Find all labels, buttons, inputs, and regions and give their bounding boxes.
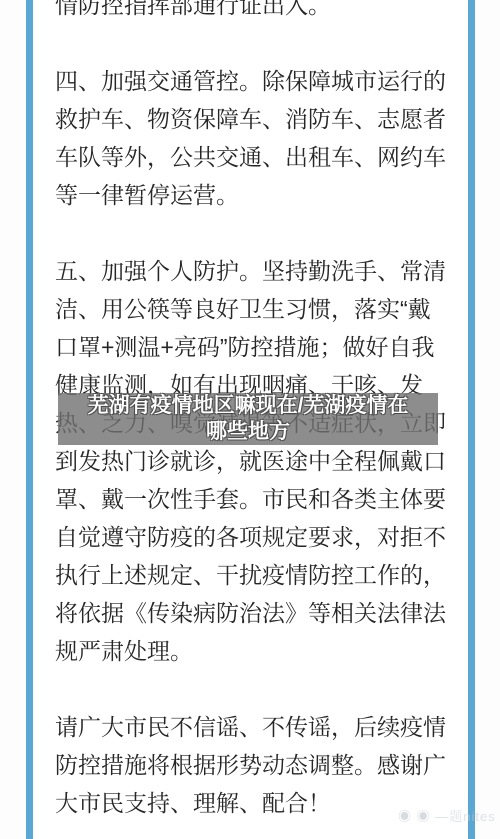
paragraph: 四、加强交通管控。除保障城市运行的救护车、物资保障车、消防车、志愿者车队等外，公… <box>55 62 450 214</box>
paragraph: 请广大市民不信谣、不传谣，后续疫情防控措施将根据形势动态调整。感谢广大市民支持、… <box>55 708 450 822</box>
text-line: 口罩+测温+亮码”防控措施；做好自我 <box>55 328 450 366</box>
text-line: 自觉遵守防疫的各项规定要求，对拒不 <box>55 518 450 556</box>
text-line: 洁、用公筷等良好卫生习惯，落实“戴 <box>55 290 450 328</box>
text-line: 五、加强个人防护。坚持勤洗手、常清 <box>55 252 450 290</box>
watermark-icons: ◉ ◉ <box>398 809 431 824</box>
text-line: 规严肃处理。 <box>55 632 450 670</box>
text-line: 请广大市民不信谣、不传谣，后续疫情 <box>55 708 450 746</box>
text-line: 大市民支持、理解、配合！ <box>55 784 450 822</box>
card-right-border <box>468 0 475 839</box>
text-line: 情防控指挥部通行证出入。 <box>55 0 450 24</box>
page: 情防控指挥部通行证出入。四、加强交通管控。除保障城市运行的救护车、物资保障车、消… <box>0 0 500 839</box>
paragraph: 五、加强个人防护。坚持勤洗手、常清洁、用公筷等良好卫生习惯，落实“戴口罩+测温+… <box>55 252 450 670</box>
text-line: 车队等外，公共交通、出租车、网约车 <box>55 138 450 176</box>
text-line: 罩、戴一次性手套。市民和各类主体要 <box>55 480 450 518</box>
watermark: ◉ ◉ —题nites <box>398 806 496 825</box>
text-line: 将依据《传染病防治法》等相关法律法 <box>55 594 450 632</box>
text-line: 四、加强交通管控。除保障城市运行的 <box>55 62 450 100</box>
text-line: 到发热门诊就诊，就医途中全程佩戴口 <box>55 442 450 480</box>
title-overlay: 芜湖有疫情地区嘛现在/芜湖疫情在 哪些地方 <box>58 393 438 445</box>
overlay-title-line2: 哪些地方 <box>206 419 290 445</box>
paragraph: 情防控指挥部通行证出入。 <box>55 0 450 24</box>
card-left-border <box>26 0 33 839</box>
text-line: 等一律暂停运营。 <box>55 176 450 214</box>
overlay-title-line1: 芜湖有疫情地区嘛现在/芜湖疫情在 <box>88 393 409 419</box>
text-line: 防控措施将根据形势动态调整。感谢广 <box>55 746 450 784</box>
text-line: 救护车、物资保障车、消防车、志愿者 <box>55 100 450 138</box>
text-line: 执行上述规定、干扰疫情防控工作的， <box>55 556 450 594</box>
watermark-text: —题nites <box>435 809 495 824</box>
